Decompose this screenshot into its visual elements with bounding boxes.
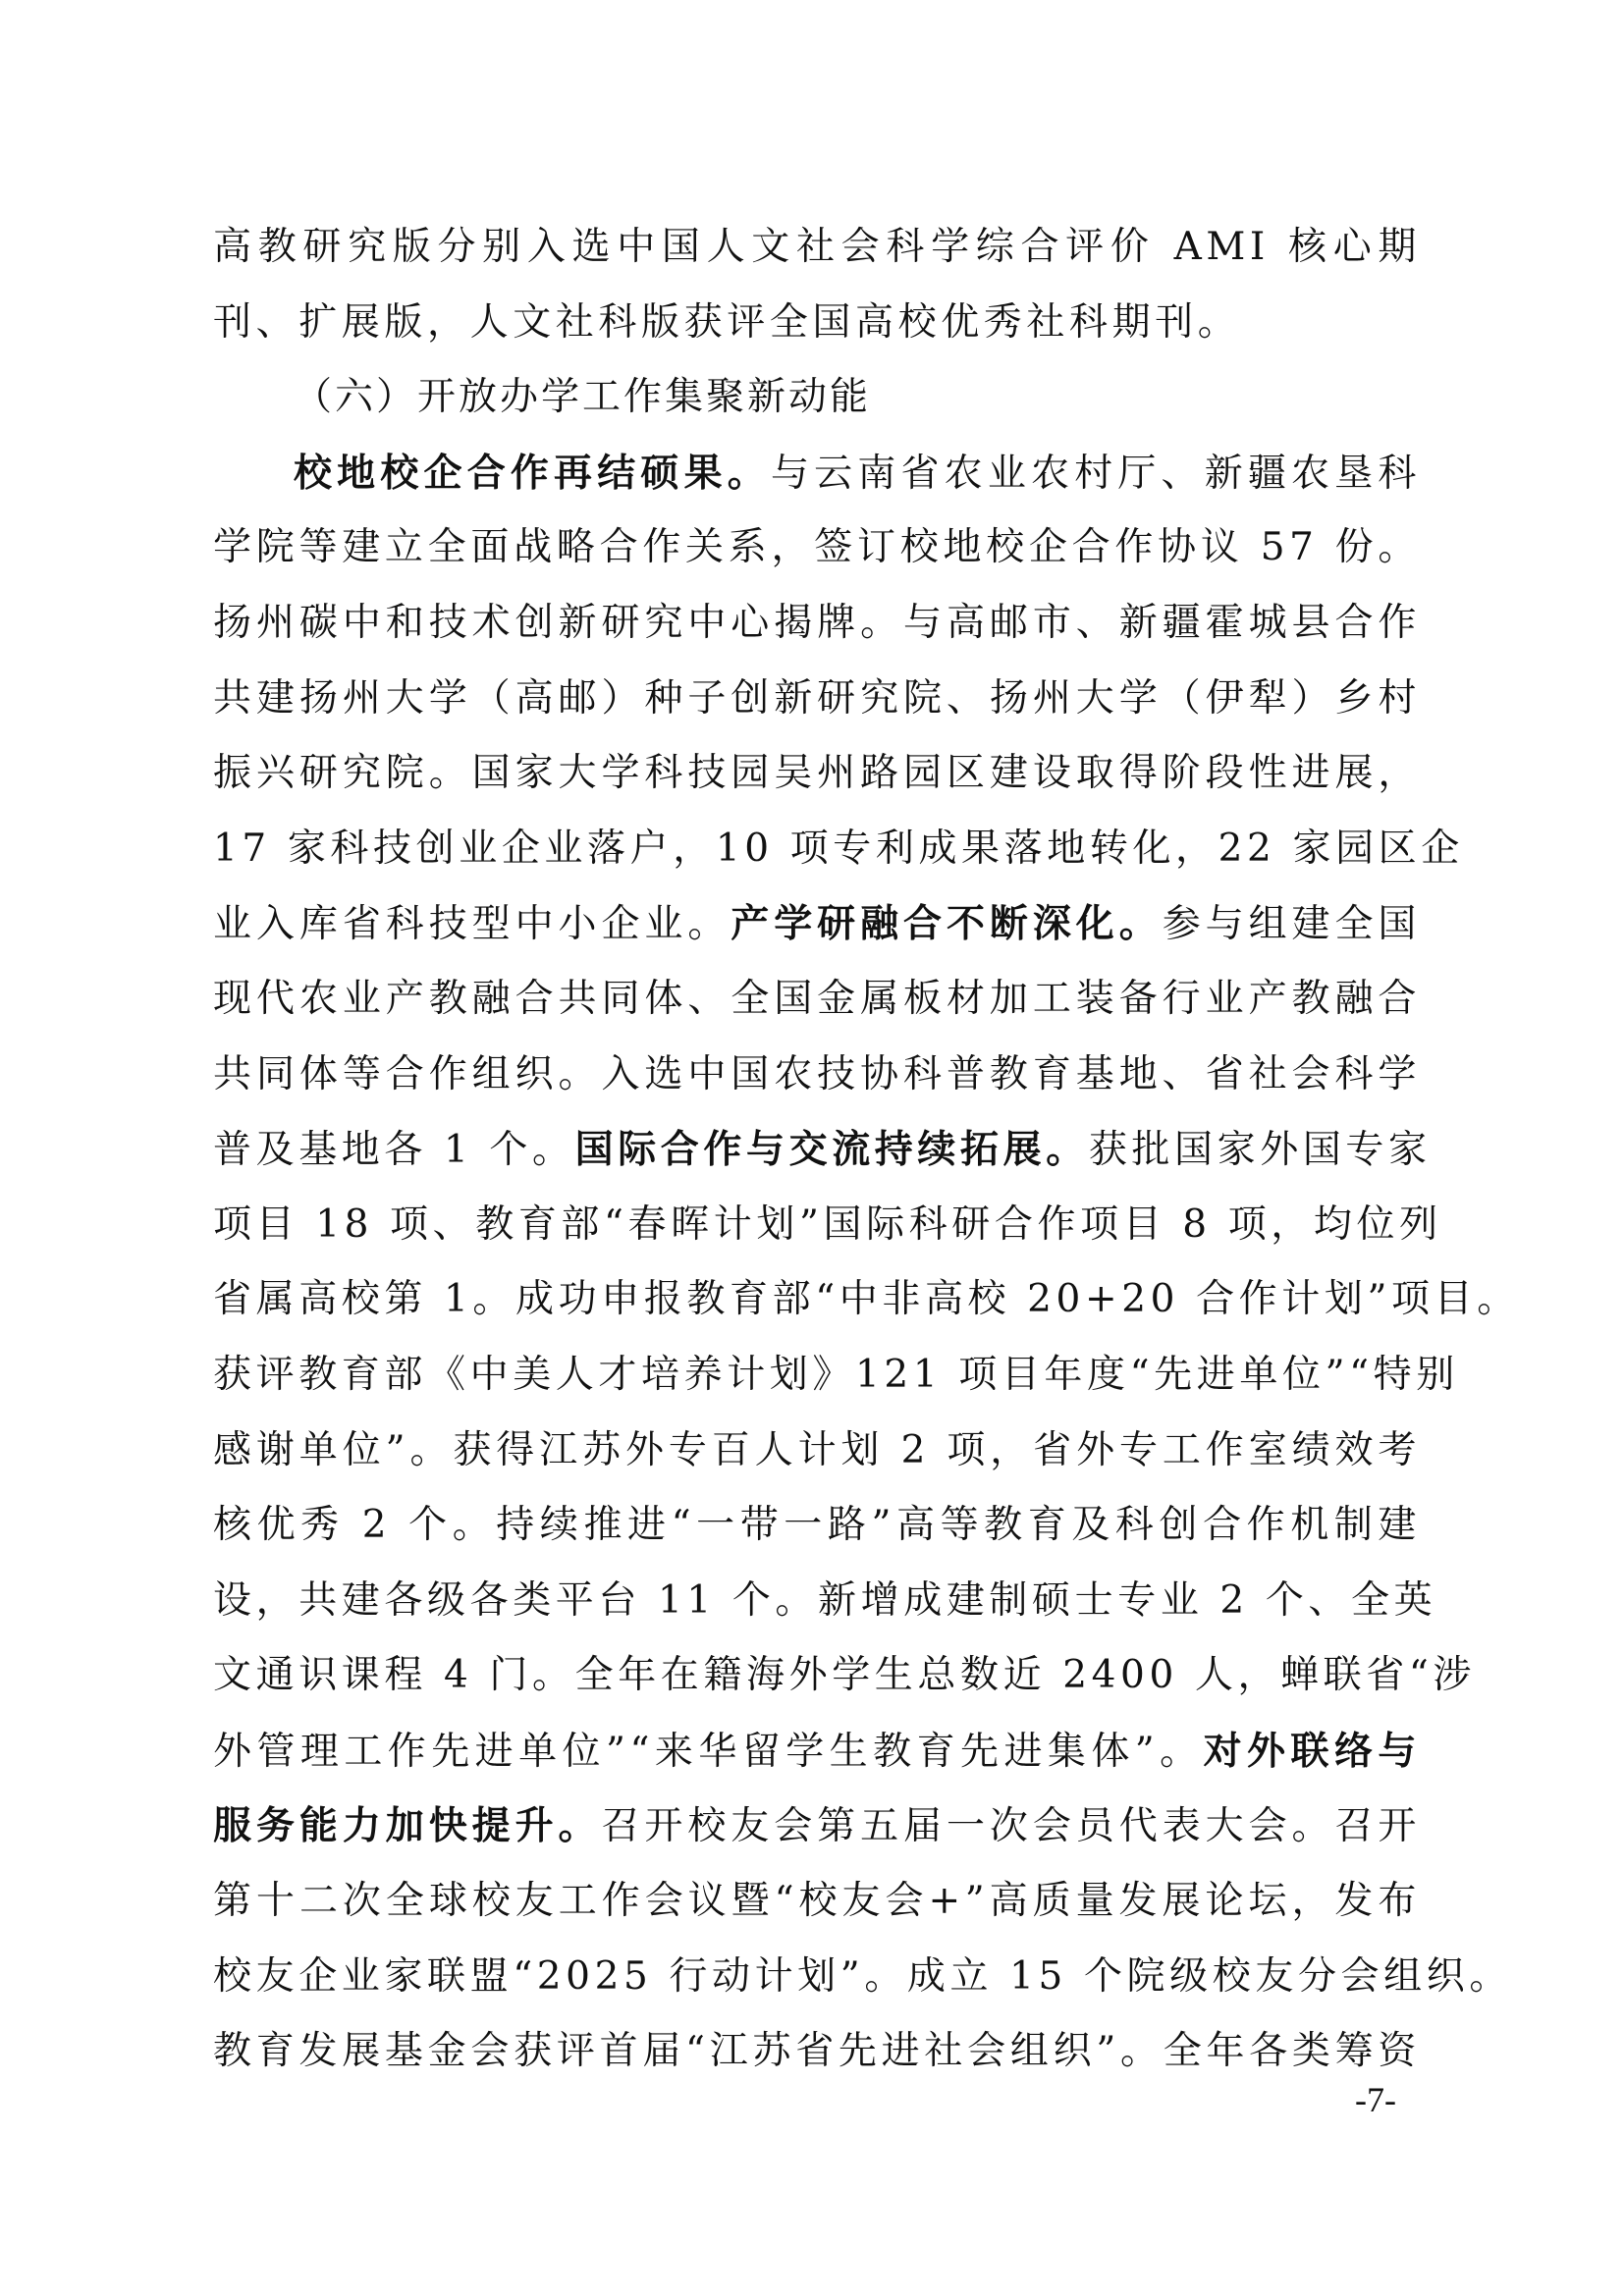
text-line: 共建扬州大学（高邮）种子创新研究院、扬州大学（伊犁）乡村	[213, 669, 1421, 745]
text-run: 获批国家外国专家	[1089, 1128, 1432, 1172]
text-run: 业入库省科技型中小企业。	[213, 902, 731, 946]
text-line: 刊、扩展版，人文社科版获评全国高校优秀社科期刊。	[213, 294, 1421, 369]
text-run: 普及基地各 1 个。	[213, 1128, 575, 1172]
page-number: -7-	[1355, 2079, 1396, 2120]
text-line: 核优秀 2 个。持续推进“一带一路”高等教育及科创合作机制建	[213, 1496, 1421, 1572]
text-line: 普及基地各 1 个。国际合作与交流持续拓展。获批国家外国专家	[213, 1120, 1421, 1196]
body-text: 高教研究版分别入选中国人文社会科学综合评价 AMI 核心期 刊、扩展版，人文社科…	[213, 218, 1421, 2098]
text-line: 共同体等合作组织。入选中国农技协科普教育基地、省社会科学	[213, 1045, 1421, 1121]
bold-lead-phrase: 校地校企合作再结硕果。	[294, 451, 771, 496]
text-line: 第十二次全球校友工作会议暨“校友会+”高质量发展论坛，发布	[213, 1872, 1421, 1948]
text-run: 外管理工作先进单位”“来华留学生教育先进集体”。	[213, 1730, 1204, 1774]
text-run: 召开校友会第五届一次会员代表大会。召开	[601, 1804, 1421, 1848]
text-line: 振兴研究院。国家大学科技园吴州路园区建设取得阶段性进展，	[213, 744, 1421, 820]
text-line: 省属高校第 1。成功申报教育部“中非高校 20+20 合作计划”项目。	[213, 1270, 1421, 1346]
text-line: 教育发展基金会获评首届“江苏省先进社会组织”。全年各类筹资	[213, 2022, 1421, 2098]
bold-lead-phrase: 对外联络与	[1204, 1729, 1421, 1774]
text-line: 项目 18 项、教育部“春晖计划”国际科研合作项目 8 项，均位列	[213, 1196, 1421, 1271]
text-run: 与云南省农业农村厅、新疆农垦科	[771, 452, 1421, 496]
text-line: 校地校企合作再结硕果。与云南省农业农村厅、新疆农垦科	[213, 444, 1421, 519]
text-line: 校友企业家联盟“2025 行动计划”。成立 15 个院级校友分会组织。	[213, 1948, 1421, 2023]
text-line: 扬州碳中和技术创新研究中心揭牌。与高邮市、新疆霍城县合作	[213, 594, 1421, 669]
text-line: 业入库省科技型中小企业。产学研融合不断深化。参与组建全国	[213, 894, 1421, 970]
text-line: 感谢单位”。获得江苏外专百人计划 2 项，省外专工作室绩效考	[213, 1421, 1421, 1497]
text-run: 参与组建全国	[1163, 902, 1421, 946]
text-line: 17 家科技创业企业落户，10 项专利成果落地转化，22 家园区企	[213, 820, 1421, 895]
text-line: 文通识课程 4 门。全年在籍海外学生总数近 2400 人，蝉联省“涉	[213, 1646, 1421, 1722]
text-line: 高教研究版分别入选中国人文社会科学综合评价 AMI 核心期	[213, 218, 1421, 294]
text-line: 服务能力加快提升。召开校友会第五届一次会员代表大会。召开	[213, 1796, 1421, 1872]
bold-lead-phrase: 服务能力加快提升。	[213, 1803, 601, 1848]
document-page: 高教研究版分别入选中国人文社会科学综合评价 AMI 核心期 刊、扩展版，人文社科…	[0, 0, 1624, 2296]
text-line: 设，共建各级各类平台 11 个。新增成建制硕士专业 2 个、全英	[213, 1572, 1421, 1647]
text-line: 获评教育部《中美人才培养计划》121 项目年度“先进单位”“特别	[213, 1346, 1421, 1421]
text-line: 学院等建立全面战略合作关系，签订校地校企合作协议 57 份。	[213, 518, 1421, 594]
bold-lead-phrase: 国际合作与交流持续拓展。	[575, 1127, 1089, 1172]
bold-lead-phrase: 产学研融合不断深化。	[731, 901, 1162, 946]
text-line: 外管理工作先进单位”“来华留学生教育先进集体”。对外联络与	[213, 1722, 1421, 1797]
section-heading: （六）开放办学工作集聚新动能	[213, 368, 1421, 444]
text-line: 现代农业产教融合共同体、全国金属板材加工装备行业产教融合	[213, 970, 1421, 1045]
